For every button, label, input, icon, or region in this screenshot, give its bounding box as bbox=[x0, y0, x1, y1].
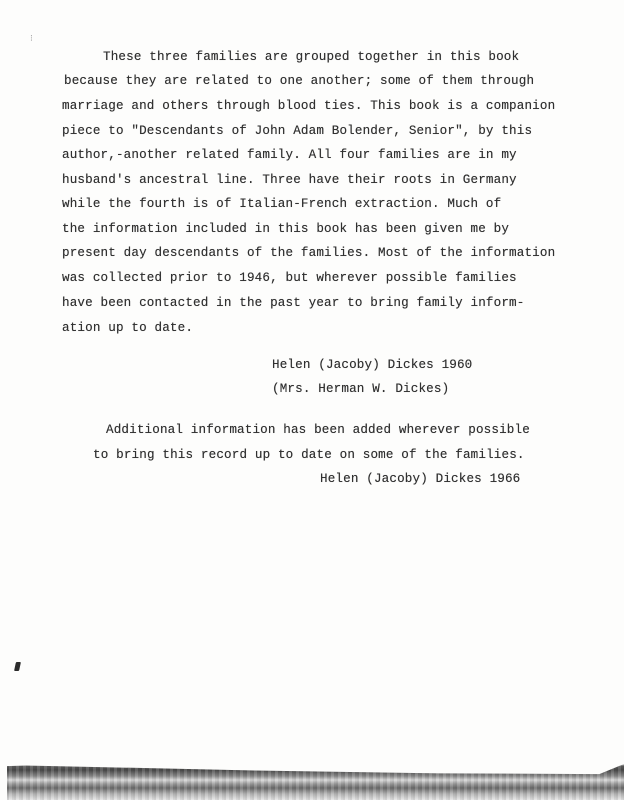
paragraph-line: marriage and others through blood ties. … bbox=[62, 98, 555, 114]
paragraph-line: to bring this record up to date on some … bbox=[93, 447, 525, 463]
signature-name: Helen (Jacoby) Dickes 1966 bbox=[320, 471, 520, 487]
paragraph-line: husband's ancestral line. Three have the… bbox=[62, 172, 517, 188]
signature-alias: (Mrs. Herman W. Dickes) bbox=[272, 381, 449, 397]
paragraph-line: was collected prior to 1946, but whereve… bbox=[62, 270, 517, 286]
paragraph-line: ation up to date. bbox=[62, 320, 193, 336]
paragraph-line: piece to "Descendants of John Adam Bolen… bbox=[62, 123, 532, 139]
paragraph-line: Additional information has been added wh… bbox=[106, 422, 530, 438]
scan-bottom-edge-shadow bbox=[7, 764, 624, 800]
paragraph-line: because they are related to one another;… bbox=[64, 73, 534, 89]
paragraph-line: present day descendants of the families.… bbox=[62, 245, 555, 261]
paragraph-line: These three families are grouped togethe… bbox=[103, 49, 519, 65]
paragraph-line: have been contacted in the past year to … bbox=[62, 295, 524, 311]
signature-name: Helen (Jacoby) Dickes 1960 bbox=[272, 357, 472, 373]
scan-speck: ⁝ bbox=[30, 34, 33, 44]
page-margin-mark bbox=[14, 662, 21, 671]
scanned-typewritten-page: ⁝ These three families are grouped toget… bbox=[0, 0, 624, 800]
paragraph-line: while the fourth is of Italian-French ex… bbox=[62, 196, 501, 212]
paragraph-line: the information included in this book ha… bbox=[62, 221, 509, 237]
paragraph-line: author,-another related family. All four… bbox=[62, 147, 517, 163]
